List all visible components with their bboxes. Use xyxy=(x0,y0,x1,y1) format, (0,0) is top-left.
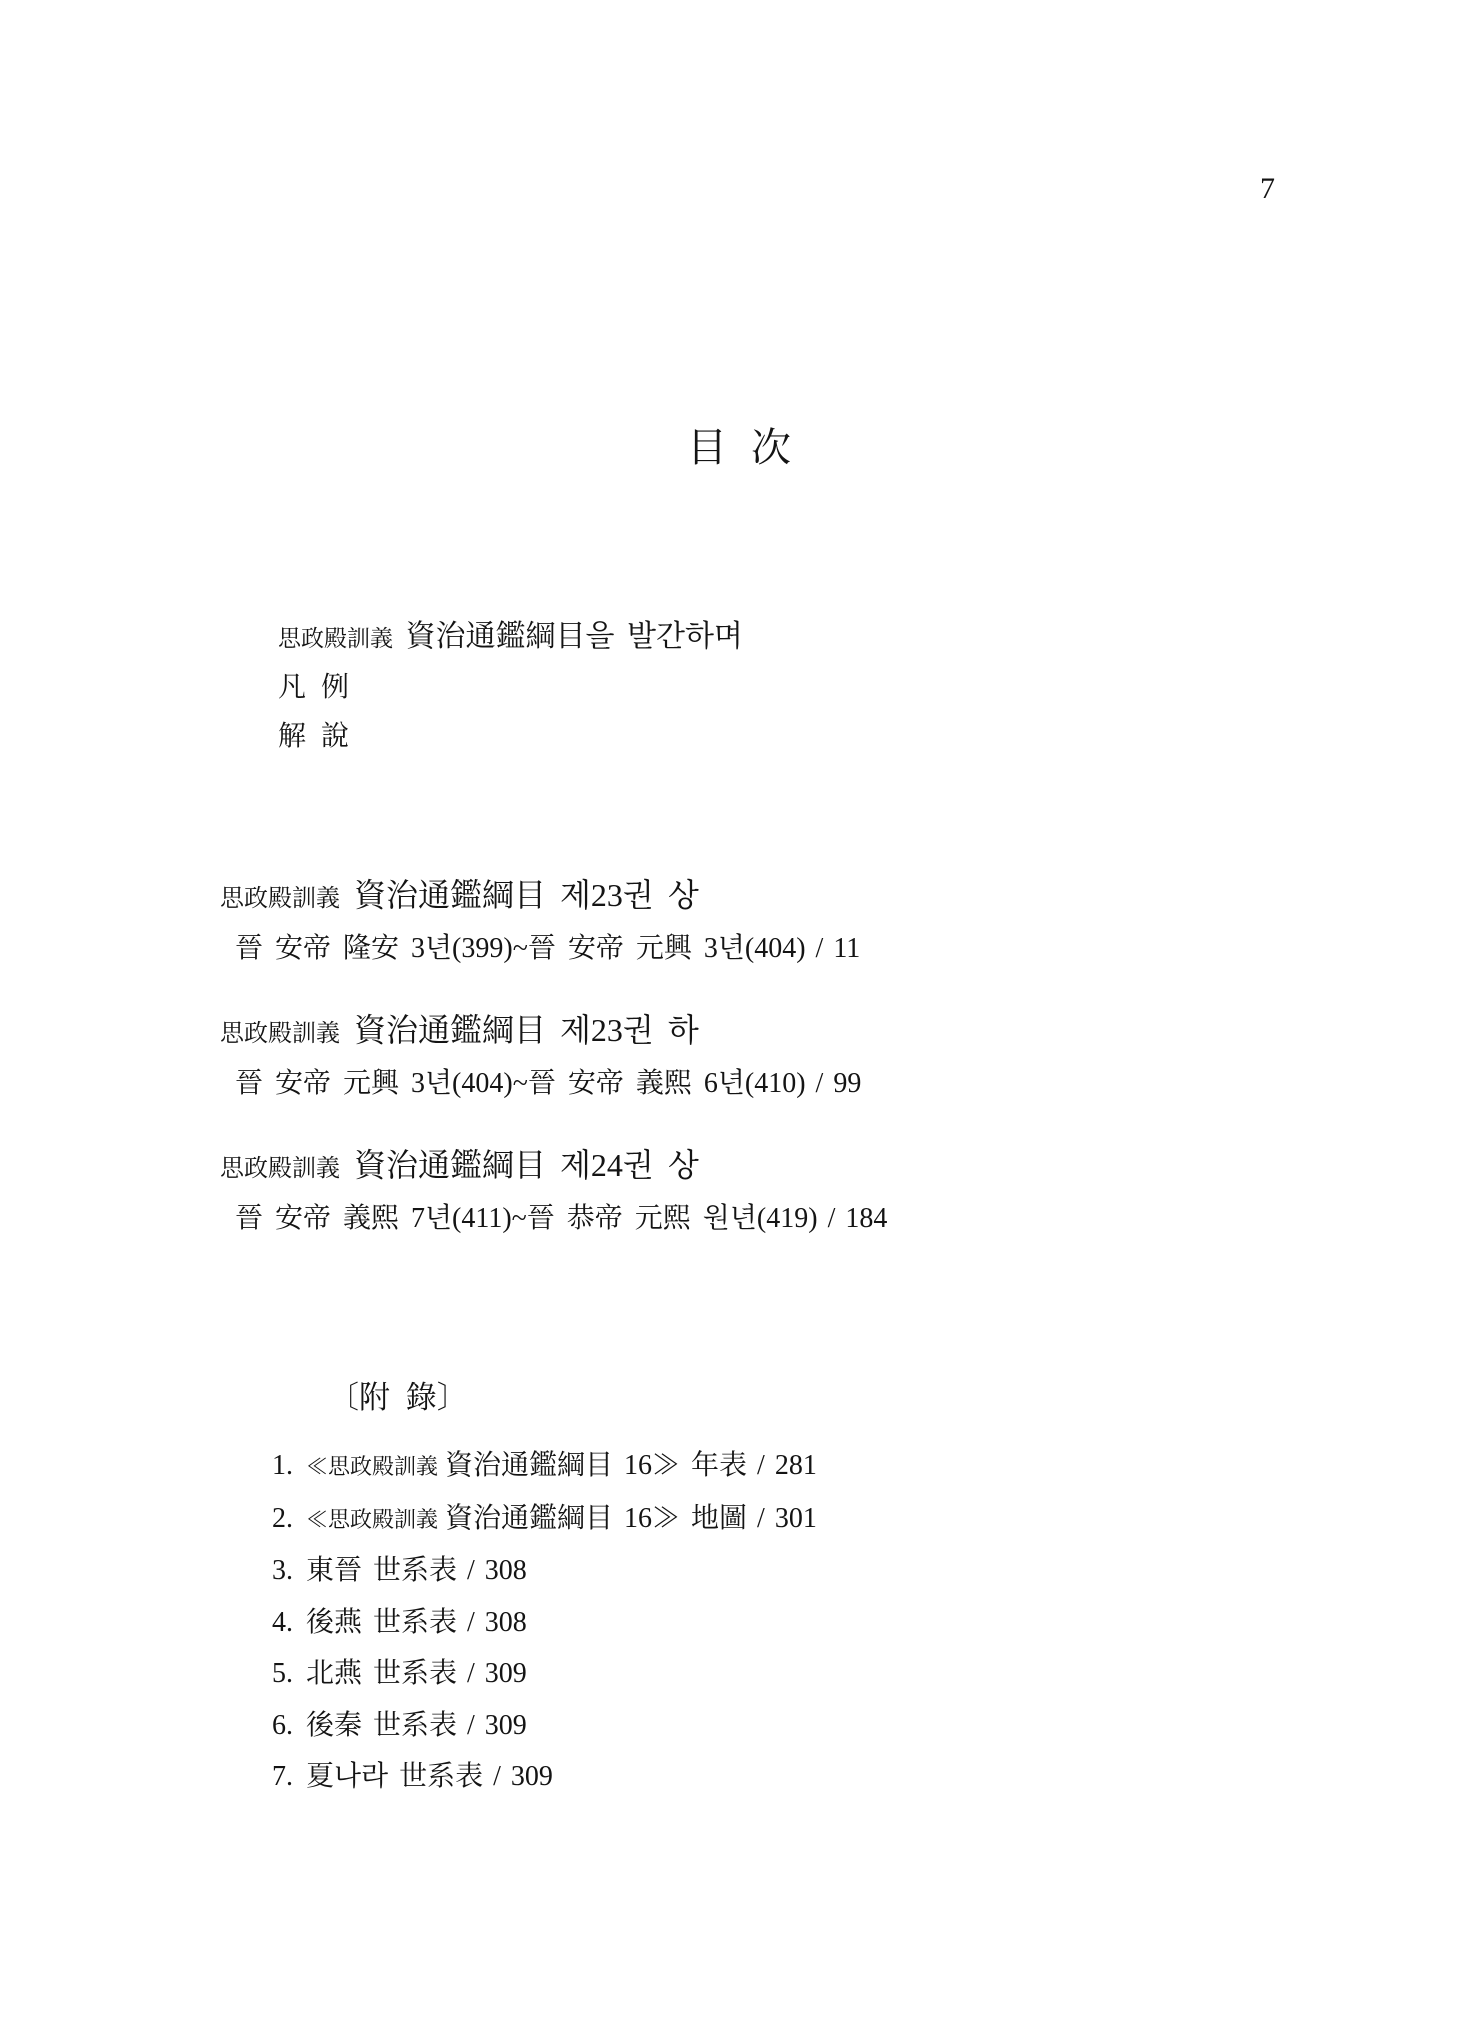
item-number: 6. xyxy=(272,1710,293,1741)
item-number: 3. xyxy=(272,1555,293,1586)
section-range: 晉 安帝 隆安 3년(399)~晉 安帝 元興 3년(404) xyxy=(235,933,806,964)
item-page: 309 xyxy=(485,1710,527,1741)
section-page: 11 xyxy=(833,933,860,964)
item-label: 後秦 世系表 xyxy=(306,1710,457,1741)
section-range-line: 晉 安帝 元興 3년(404)~晉 安帝 義熙 6년(410)/99 xyxy=(235,1066,861,1102)
front-matter-item: 凡 例 xyxy=(278,663,743,712)
appendix-item: 3.東晉 世系表/308 xyxy=(272,1545,817,1597)
item-page: 301 xyxy=(775,1503,817,1534)
section-heading: 思政殿訓義 資治通鑑綱目 제23권 상 xyxy=(220,876,860,918)
page-number: 7 xyxy=(1260,174,1275,204)
appendix-list: 1.≪思政殿訓義資治通鑑綱目 16≫ 年表/281 2.≪思政殿訓義資治通鑑綱目… xyxy=(272,1440,817,1803)
appendix-item: 1.≪思政殿訓義資治通鑑綱目 16≫ 年表/281 xyxy=(272,1440,817,1493)
page-separator: / xyxy=(493,1761,501,1792)
page-separator: / xyxy=(816,933,824,964)
work-name-prefix: 思政殿訓義 xyxy=(220,886,340,912)
appendix-item: 2.≪思政殿訓義資治通鑑綱目 16≫ 地圖/301 xyxy=(272,1493,817,1546)
page-separator: / xyxy=(467,1658,475,1689)
work-name-prefix: 思政殿訓義 xyxy=(220,1021,340,1047)
page-separator: / xyxy=(467,1607,475,1638)
section-title: 資治通鑑綱目 제24권 상 xyxy=(354,1147,699,1183)
item-label: 東晉 世系表 xyxy=(306,1555,457,1586)
item-number: 7. xyxy=(272,1761,293,1792)
item-page: 308 xyxy=(485,1555,527,1586)
front-matter: 思政殿訓義 資治通鑑綱目을 발간하며 凡 例 解 說 xyxy=(278,612,743,761)
section-page: 99 xyxy=(833,1068,861,1099)
item-label: 資治通鑑綱目 16≫ 年表 xyxy=(445,1450,747,1481)
item-page: 309 xyxy=(485,1658,527,1689)
work-name-prefix: ≪思政殿訓義 xyxy=(306,1454,438,1479)
page-separator: / xyxy=(467,1710,475,1741)
page-separator: / xyxy=(757,1503,765,1534)
toc-section: 思政殿訓義 資治通鑑綱目 제23권 상 晉 安帝 隆安 3년(399)~晉 安帝… xyxy=(220,876,860,967)
section-heading: 思政殿訓義 資治通鑑綱目 제23권 하 xyxy=(220,1011,861,1053)
toc-section: 思政殿訓義 資治通鑑綱目 제23권 하 晉 安帝 元興 3년(404)~晉 安帝… xyxy=(220,1011,861,1102)
work-name-prefix: 思政殿訓義 xyxy=(278,626,393,651)
item-page: 281 xyxy=(775,1450,817,1481)
item-page: 309 xyxy=(511,1761,553,1792)
appendix-item: 7.夏나라 世系表/309 xyxy=(272,1751,817,1803)
appendix-item: 6.後秦 世系表/309 xyxy=(272,1700,817,1752)
item-label: 資治通鑑綱目 16≫ 地圖 xyxy=(445,1503,747,1534)
item-label: 夏나라 世系表 xyxy=(306,1761,483,1792)
section-title: 資治通鑑綱目 제23권 상 xyxy=(354,877,699,913)
page-title: 目 次 xyxy=(0,428,1480,468)
appendix-item: 5.北燕 世系表/309 xyxy=(272,1648,817,1700)
section-range: 晉 安帝 義熙 7년(411)~晉 恭帝 元熙 원년(419) xyxy=(235,1203,818,1234)
page-separator: / xyxy=(816,1068,824,1099)
page-separator: / xyxy=(828,1203,836,1234)
toc-section: 思政殿訓義 資治通鑑綱目 제24권 상 晉 安帝 義熙 7년(411)~晉 恭帝… xyxy=(220,1146,887,1237)
item-page: 308 xyxy=(485,1607,527,1638)
section-title: 資治通鑑綱目 제23권 하 xyxy=(354,1012,699,1048)
work-name-prefix: ≪思政殿訓義 xyxy=(306,1507,438,1532)
section-range-line: 晉 安帝 隆安 3년(399)~晉 安帝 元興 3년(404)/11 xyxy=(235,931,860,967)
item-number: 5. xyxy=(272,1658,293,1689)
section-range-line: 晉 安帝 義熙 7년(411)~晉 恭帝 元熙 원년(419)/184 xyxy=(235,1201,887,1237)
front-matter-item: 思政殿訓義 資治通鑑綱目을 발간하며 xyxy=(278,612,743,663)
item-number: 1. xyxy=(272,1450,293,1481)
item-number: 4. xyxy=(272,1607,293,1638)
appendix-item: 4.後燕 世系表/308 xyxy=(272,1597,817,1649)
item-number: 2. xyxy=(272,1503,293,1534)
item-label: 後燕 世系表 xyxy=(306,1607,457,1638)
work-name-prefix: 思政殿訓義 xyxy=(220,1156,340,1182)
page-separator: / xyxy=(467,1555,475,1586)
document-page: 7 目 次 思政殿訓義 資治通鑑綱目을 발간하며 凡 例 解 說 思政殿訓義 資… xyxy=(0,0,1480,2024)
item-label: 北燕 世系表 xyxy=(306,1658,457,1689)
section-heading: 思政殿訓義 資治通鑑綱目 제24권 상 xyxy=(220,1146,887,1188)
front-matter-text: 資治通鑑綱目을 발간하며 xyxy=(406,620,743,653)
section-page: 184 xyxy=(845,1203,887,1234)
front-matter-item: 解 說 xyxy=(278,712,743,761)
page-separator: / xyxy=(757,1450,765,1481)
appendix-header: 〔附 錄〕 xyxy=(328,1379,468,1416)
section-range: 晉 安帝 元興 3년(404)~晉 安帝 義熙 6년(410) xyxy=(235,1068,806,1099)
